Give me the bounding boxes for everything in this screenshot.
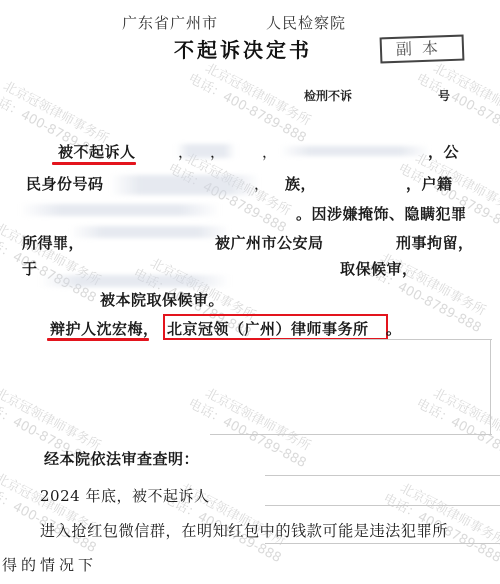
redaction [20, 204, 220, 216]
redaction [70, 226, 230, 238]
watermark: 北京冠领律师事务所电话：400-8789-888 [0, 470, 107, 557]
redaction [40, 275, 230, 287]
scan-line [270, 339, 492, 340]
watermark: 北京冠领律师事务所电话：400-8789-888 [422, 60, 500, 147]
watermark: 北京冠领律师事务所电话：400-8789-888 [194, 60, 317, 147]
charge-text: 。因涉嫌掩饰、隐瞒犯罪 [296, 203, 467, 224]
line1-end: ，公 [428, 141, 459, 162]
scan-line [265, 505, 500, 506]
respondent-label: 被不起诉人 [58, 141, 136, 162]
document-number: 检刑不诉 [304, 87, 352, 104]
id-number-label: 民身份号码 [26, 173, 104, 194]
fact-line-1: 2024 年底，被不起诉人 [40, 485, 209, 506]
document-number-suffix: 号 [438, 87, 450, 104]
respondent-underline [52, 162, 136, 165]
redaction [280, 146, 430, 156]
watermark: 北京冠领律师事务所电话：400-8789-888 [194, 385, 317, 472]
detention: 刑事拘留， [396, 232, 474, 253]
redaction [110, 175, 260, 195]
document-title: 不起诉决定书 [174, 34, 312, 63]
issuing-authority: 广东省广州市人民检察院 [122, 12, 346, 33]
ethnicity: 族， [285, 173, 316, 194]
scan-line [210, 434, 492, 435]
charge-text-cont: 所得罪， [22, 232, 84, 253]
defender-underline [47, 338, 149, 341]
watermark: 北京冠领律师事务所电话：400-8789-888 [422, 385, 500, 472]
line2-end: ，户籍 [406, 173, 453, 194]
scan-line [265, 475, 500, 476]
copy-stamp: 副本 [380, 35, 465, 64]
punct: ， [210, 141, 226, 162]
date-prefix: 于 [22, 258, 38, 279]
punct: ， [254, 173, 270, 194]
scan-line [265, 543, 500, 544]
investigation-heading: 经本院依法审查查明： [44, 448, 199, 469]
scan-line [490, 339, 491, 434]
law-firm-name: 北京冠领（广州）律师事务所 [167, 318, 369, 339]
bail-text: 取保候审， [340, 258, 418, 279]
punct: 。 [386, 318, 402, 339]
bail-by-procuratorate: 被本院取保候审。 [100, 289, 224, 310]
fact-line-3: 得的情况下 [2, 554, 97, 575]
police-bureau: 被广州市公安局 [215, 232, 324, 253]
punct: ， [262, 141, 278, 162]
fact-line-2: 进入抢红包微信群，在明知红包中的钱款可能是违法犯罪所 [40, 520, 448, 541]
defender: 辩护人沈宏梅， [50, 318, 159, 339]
punct: ， [178, 141, 194, 162]
